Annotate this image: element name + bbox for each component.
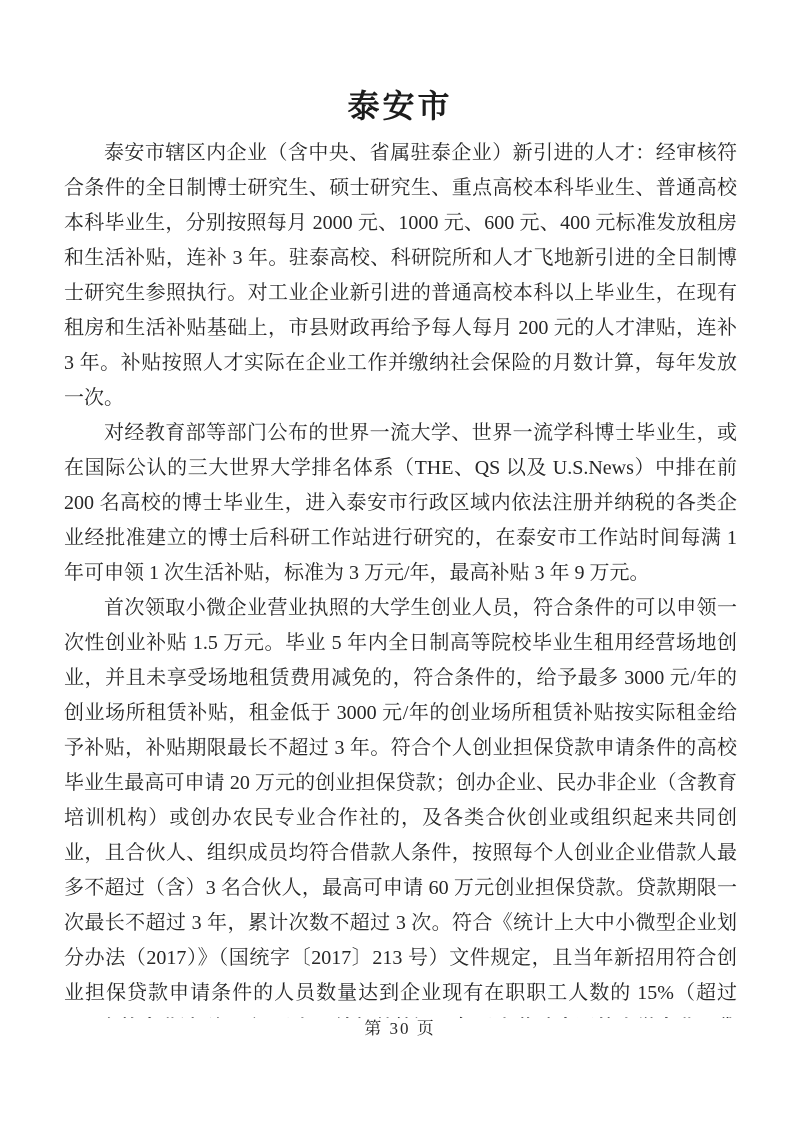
page-number: 第 30 页 [0,1014,800,1039]
document-page: 泰安市 泰安市辖区内企业（含中央、省属驻泰企业）新引进的人才：经审核符合条件的全… [0,0,800,1137]
document-body: 泰安市辖区内企业（含中央、省属驻泰企业）新引进的人才：经审核符合条件的全日制博士… [64,136,737,1018]
page-title: 泰安市 [0,81,800,127]
paragraph-startup-subsidy-loans: 首次领取小微企业营业执照的大学生创业人员，符合条件的可以申领一次性创业补贴 1.… [64,591,737,1018]
paragraph-housing-living-subsidy: 泰安市辖区内企业（含中央、省属驻泰企业）新引进的人才：经审核符合条件的全日制博士… [64,136,737,416]
paragraph-postdoc-subsidy: 对经教育部等部门公布的世界一流大学、世界一流学科博士毕业生，或在国际公认的三大世… [64,416,737,591]
